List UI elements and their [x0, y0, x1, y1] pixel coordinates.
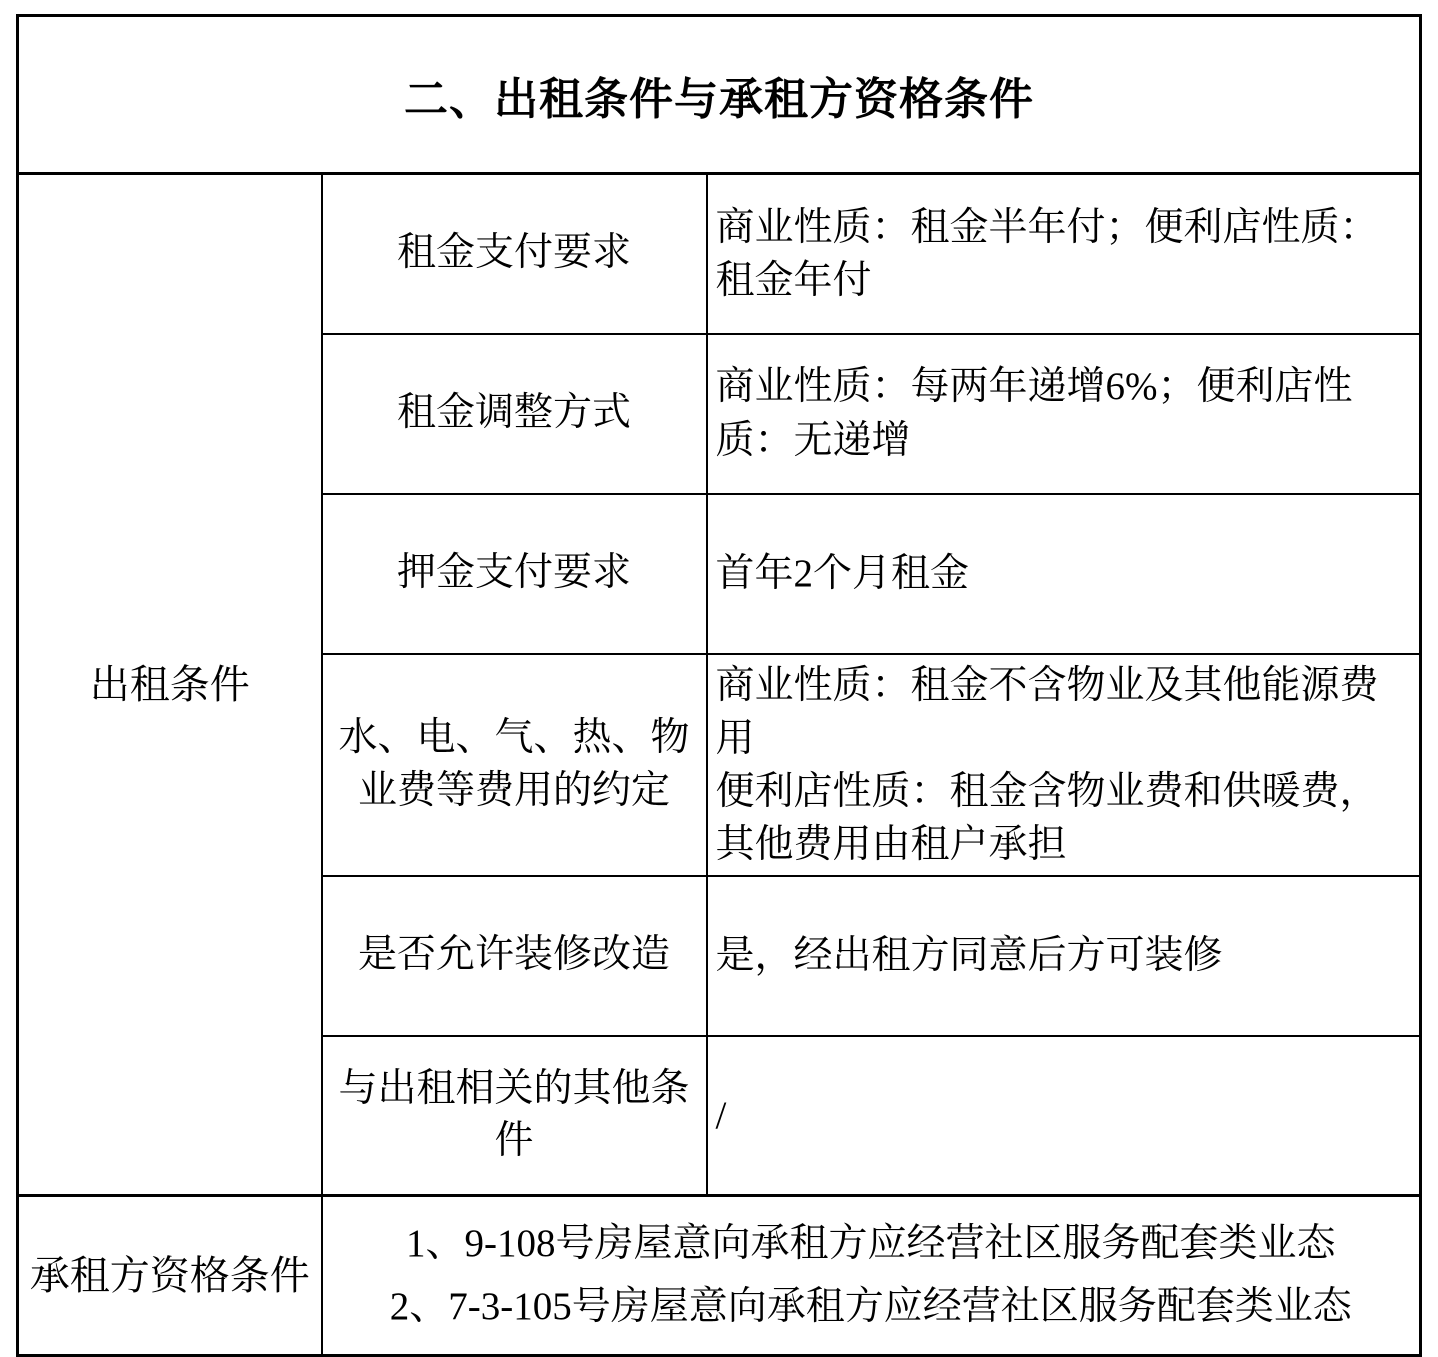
lessee-qualification-value: 1、9-108号房屋意向承租方应经营社区服务配套类业态 2、7-3-105号房屋… [322, 1196, 1421, 1356]
table-row: 承租方资格条件 1、9-108号房屋意向承租方应经营社区服务配套类业态 2、7-… [18, 1196, 1421, 1356]
lease-conditions-table: 二、出租条件与承租方资格条件 出租条件 租金支付要求 商业性质：租金半年付；便利… [16, 14, 1422, 1357]
condition-label-deposit: 押金支付要求 [322, 494, 707, 654]
condition-value-deposit: 首年2个月租金 [707, 494, 1421, 654]
table-title: 二、出租条件与承租方资格条件 [18, 16, 1421, 174]
condition-value-renovation: 是，经出租方同意后方可装修 [707, 876, 1421, 1036]
condition-label-utilities: 水、电、气、热、物业费等费用的约定 [322, 654, 707, 876]
condition-label-other: 与出租相关的其他条件 [322, 1036, 707, 1196]
lease-conditions-group-label: 出租条件 [18, 174, 322, 1196]
condition-label-rent-adjustment: 租金调整方式 [322, 334, 707, 494]
lessee-qualification-label: 承租方资格条件 [18, 1196, 322, 1356]
condition-value-rent-adjustment: 商业性质：每两年递增6%；便利店性质：无递增 [707, 334, 1421, 494]
title-row: 二、出租条件与承租方资格条件 [18, 16, 1421, 174]
condition-value-other: / [707, 1036, 1421, 1196]
condition-label-rent-payment: 租金支付要求 [322, 174, 707, 334]
condition-label-renovation: 是否允许装修改造 [322, 876, 707, 1036]
condition-value-rent-payment: 商业性质：租金半年付；便利店性质：租金年付 [707, 174, 1421, 334]
table-row: 出租条件 租金支付要求 商业性质：租金半年付；便利店性质：租金年付 [18, 174, 1421, 334]
condition-value-utilities: 商业性质：租金不含物业及其他能源费用 便利店性质：租金含物业费和供暖费，其他费用… [707, 654, 1421, 876]
